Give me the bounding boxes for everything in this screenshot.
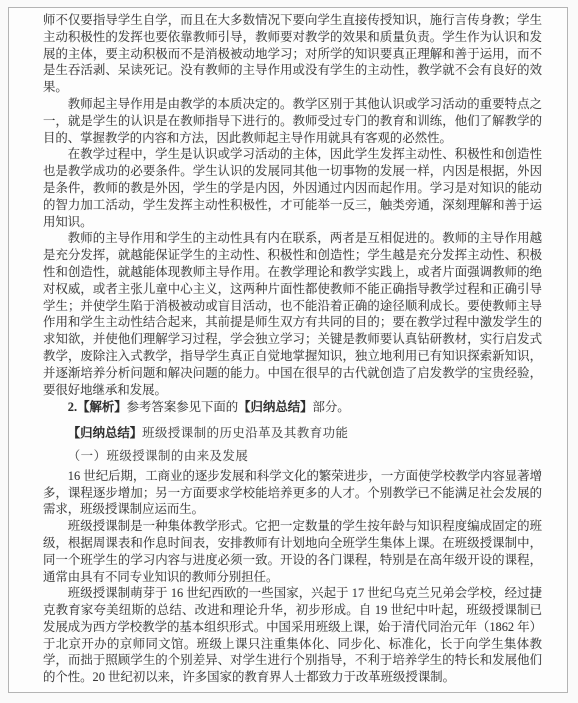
paragraph-body: 教师的主导作用和学生的主动性具有内在联系，两者是互相促进的。教师的主导作用越是充… bbox=[43, 230, 542, 398]
text-segment: 班级授课制萌芽于 16 世纪西欧的一些国家，兴起于 17 世纪乌克兰兄弟会学校，… bbox=[43, 586, 542, 684]
bold-bracket-label: 【归纳总结】 bbox=[68, 426, 142, 440]
paragraph-summary: 【归纳总结】班级授课制的历史沿革及其教育功能 bbox=[43, 425, 542, 442]
text-segment: 参考答案参见下面的 bbox=[127, 400, 239, 414]
text-segment: 教师起主导作用是由教学的本质决定的。教学区别于其他认识或学习活动的重要特点之一，… bbox=[43, 97, 542, 145]
paragraph-body: 教师起主导作用是由教学的本质决定的。教学区别于其他认识或学习活动的重要特点之一，… bbox=[43, 96, 542, 146]
bold-bracket-label: 【归纳总结】 bbox=[238, 400, 312, 414]
screenshot-canvas: { "page": { "background_color": "#fafafa… bbox=[0, 0, 578, 703]
paragraph-body: 在教学过程中，学生是认识或学习活动的主体，因此学生发挥主动性、积极性和创造性也是… bbox=[43, 146, 542, 230]
text-segment: （一）班级授课制的由来及发展 bbox=[68, 449, 248, 463]
document-text: 师不仅要指导学生自学，而且在大多数情况下要向学生直接传授知识，施行言传身教；学生… bbox=[43, 12, 542, 686]
paragraph-continuation: 师不仅要指导学生自学，而且在大多数情况下要向学生直接传授知识，施行言传身教；学生… bbox=[43, 12, 542, 96]
paragraph-analysis: 2.【解析】参考答案参见下面的【归纳总结】部分。 bbox=[43, 399, 542, 416]
paragraph-body: 班级授课制萌芽于 16 世纪西欧的一些国家，兴起于 17 世纪乌克兰兄弟会学校，… bbox=[43, 585, 542, 686]
text-segment: 班级授课制的历史沿革及其教育功能 bbox=[142, 426, 348, 440]
paragraph-body: 班级授课制是一种集体教学形式。它把一定数量的学生按年龄与知识程度编成固定的班级，… bbox=[43, 518, 542, 585]
text-segment: 教师的主导作用和学生的主动性具有内在联系，两者是互相促进的。教师的主导作用越是充… bbox=[43, 231, 542, 396]
text-segment: 师不仅要指导学生自学，而且在大多数情况下要向学生直接传授知识，施行言传身教；学生… bbox=[43, 13, 542, 94]
scanned-page: 师不仅要指导学生自学，而且在大多数情况下要向学生直接传授知识，施行言传身教；学生… bbox=[8, 7, 568, 693]
text-segment: 部分。 bbox=[313, 400, 350, 414]
text-segment: 16 世纪后期，工商业的逐步发展和科学文化的繁荣进步，一方面使学校教学内容显著增… bbox=[43, 469, 542, 517]
text-segment: 在教学过程中，学生是认识或学习活动的主体，因此学生发挥主动性、积极性和创造性也是… bbox=[43, 147, 542, 228]
text-segment: 班级授课制是一种集体教学形式。它把一定数量的学生按年龄与知识程度编成固定的班级，… bbox=[43, 519, 542, 583]
paragraph-body: 16 世纪后期，工商业的逐步发展和科学文化的繁荣进步，一方面使学校教学内容显著增… bbox=[43, 468, 542, 518]
paragraph-subsection: （一）班级授课制的由来及发展 bbox=[43, 448, 542, 465]
bold-bracket-label: 2.【解析】 bbox=[68, 400, 127, 414]
